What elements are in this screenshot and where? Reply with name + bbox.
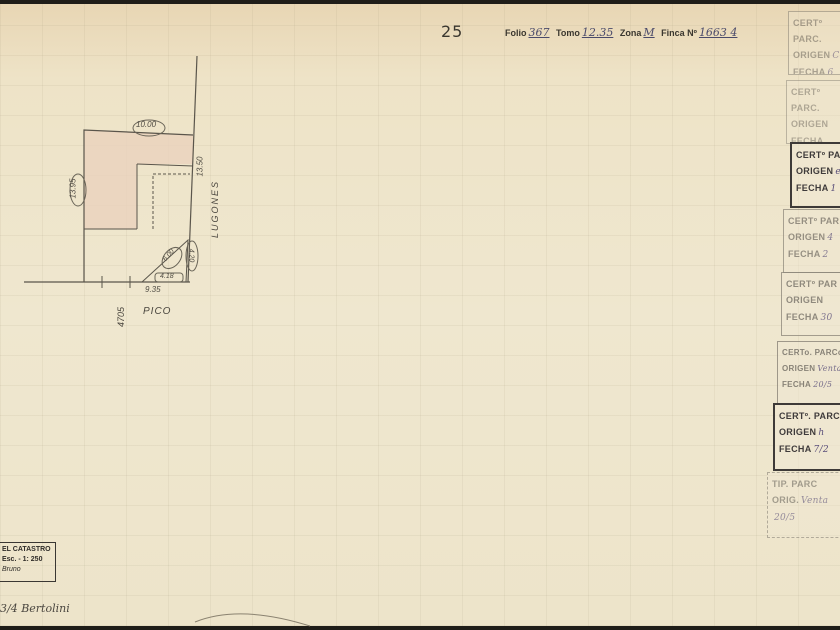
catastro-signature: Bruno [2,565,52,575]
stamp-origen-value: Venta [817,364,840,373]
dim-left: 13.95 [69,178,78,198]
stamp-cert: CERTº PAR [796,147,840,163]
stamp-fecha-label: FECHA [786,312,819,322]
parcel-cert-stamp-6: CERTo. PARCo. ORIGENVenta FECHA20/5 [777,341,840,405]
stamp-origen-label: ORIGEN [796,166,833,176]
parcel-cert-stamp-7: CERTº. PARC ORIGENh FECHA7/2 [773,403,840,471]
dim-bottom: 9.35 [145,285,161,294]
house-number: 4705 [116,307,126,327]
stamp-origen-label: ORIGEN [791,119,828,129]
catastro-scale: Esc. - 1: 250 [2,555,52,565]
stamp-fecha-label: FECHA [779,444,812,454]
stamp-fecha-value: 2 [823,250,829,260]
stamp-fecha-value: 20/5 [813,380,832,389]
stamp-cert: CERTº PAR [788,213,840,229]
stamp-origen-value: e [835,167,840,177]
stamp-origen-value: h [818,428,824,438]
stamp-origen-value: C [832,51,839,61]
catastro-line-1: EL CATASTRO [2,545,52,555]
catastro-stamp: EL CATASTRO Esc. - 1: 250 Bruno [0,542,56,582]
parcel-cert-stamp-5: CERTº PAR ORIGEN FECHA30 [781,272,840,336]
stamp-origen-value: 4 [827,233,833,243]
stamp-origen-label: ORIGEN [793,50,830,60]
stamp-fecha-value: 6 [828,68,834,75]
stamp-cert: CERTº PARC. [791,84,840,116]
parcel-cert-stamp-2: CERTº PARC. ORIGEN FECHA [786,80,840,144]
dim-chamfer-side: 4.20 [187,249,194,263]
stamp-fecha-label: FECHA [788,249,821,259]
signature: 3/4 Bertolini [0,602,70,615]
stamp-origen-value: Venta [801,496,828,506]
stamp-cert: CERTº. PARC [779,408,840,424]
parcel-cert-stamp-8: TIP. PARC ORIG.Venta 20/5 [767,472,840,538]
stamp-fecha-label: FECHA [793,67,826,75]
stamp-origen-label: ORIG. [772,495,799,505]
stamp-cert: TIP. PARC [772,476,840,492]
stamp-fecha-value: 30 [821,313,833,323]
street-pico: PICO [143,306,171,317]
stamp-origen-label: ORIGEN [788,232,825,242]
stamp-origen-label: ORIGEN [782,364,815,373]
stamp-fecha-value: 20/5 [774,513,795,523]
cadastral-sheet: 25 Folio367 Tomo12.35 ZonaM Finca Nº1663… [0,4,840,626]
dim-top: 10.00 [136,120,156,129]
stamp-fecha-value: 7/2 [814,445,829,455]
stamp-fecha-value: 1 [831,184,837,194]
stamp-origen-label: ORIGEN [786,295,823,305]
parcel-cert-stamp-3: CERTº PAR ORIGENe FECHA1 [790,142,840,208]
dim-chamfer-base: 4.18 [160,273,174,280]
street-lugones: LUGONES [210,180,220,238]
stamp-fecha-label: FECHA [782,380,811,389]
stamp-cert: CERTº PARC. [793,15,840,47]
stamp-origen-label: ORIGEN [779,427,816,437]
stamp-cert: CERTº PAR [786,276,840,292]
parcel-cert-stamp-4: CERTº PAR ORIGEN4 FECHA2 [783,209,840,273]
dim-right: 13.50 [196,156,205,176]
parcel-cert-stamp-1: CERTº PARC. ORIGENC FECHA6 [788,11,840,75]
stamp-cert: CERTo. PARCo. [782,345,840,361]
stamp-fecha-label: FECHA [796,183,829,193]
